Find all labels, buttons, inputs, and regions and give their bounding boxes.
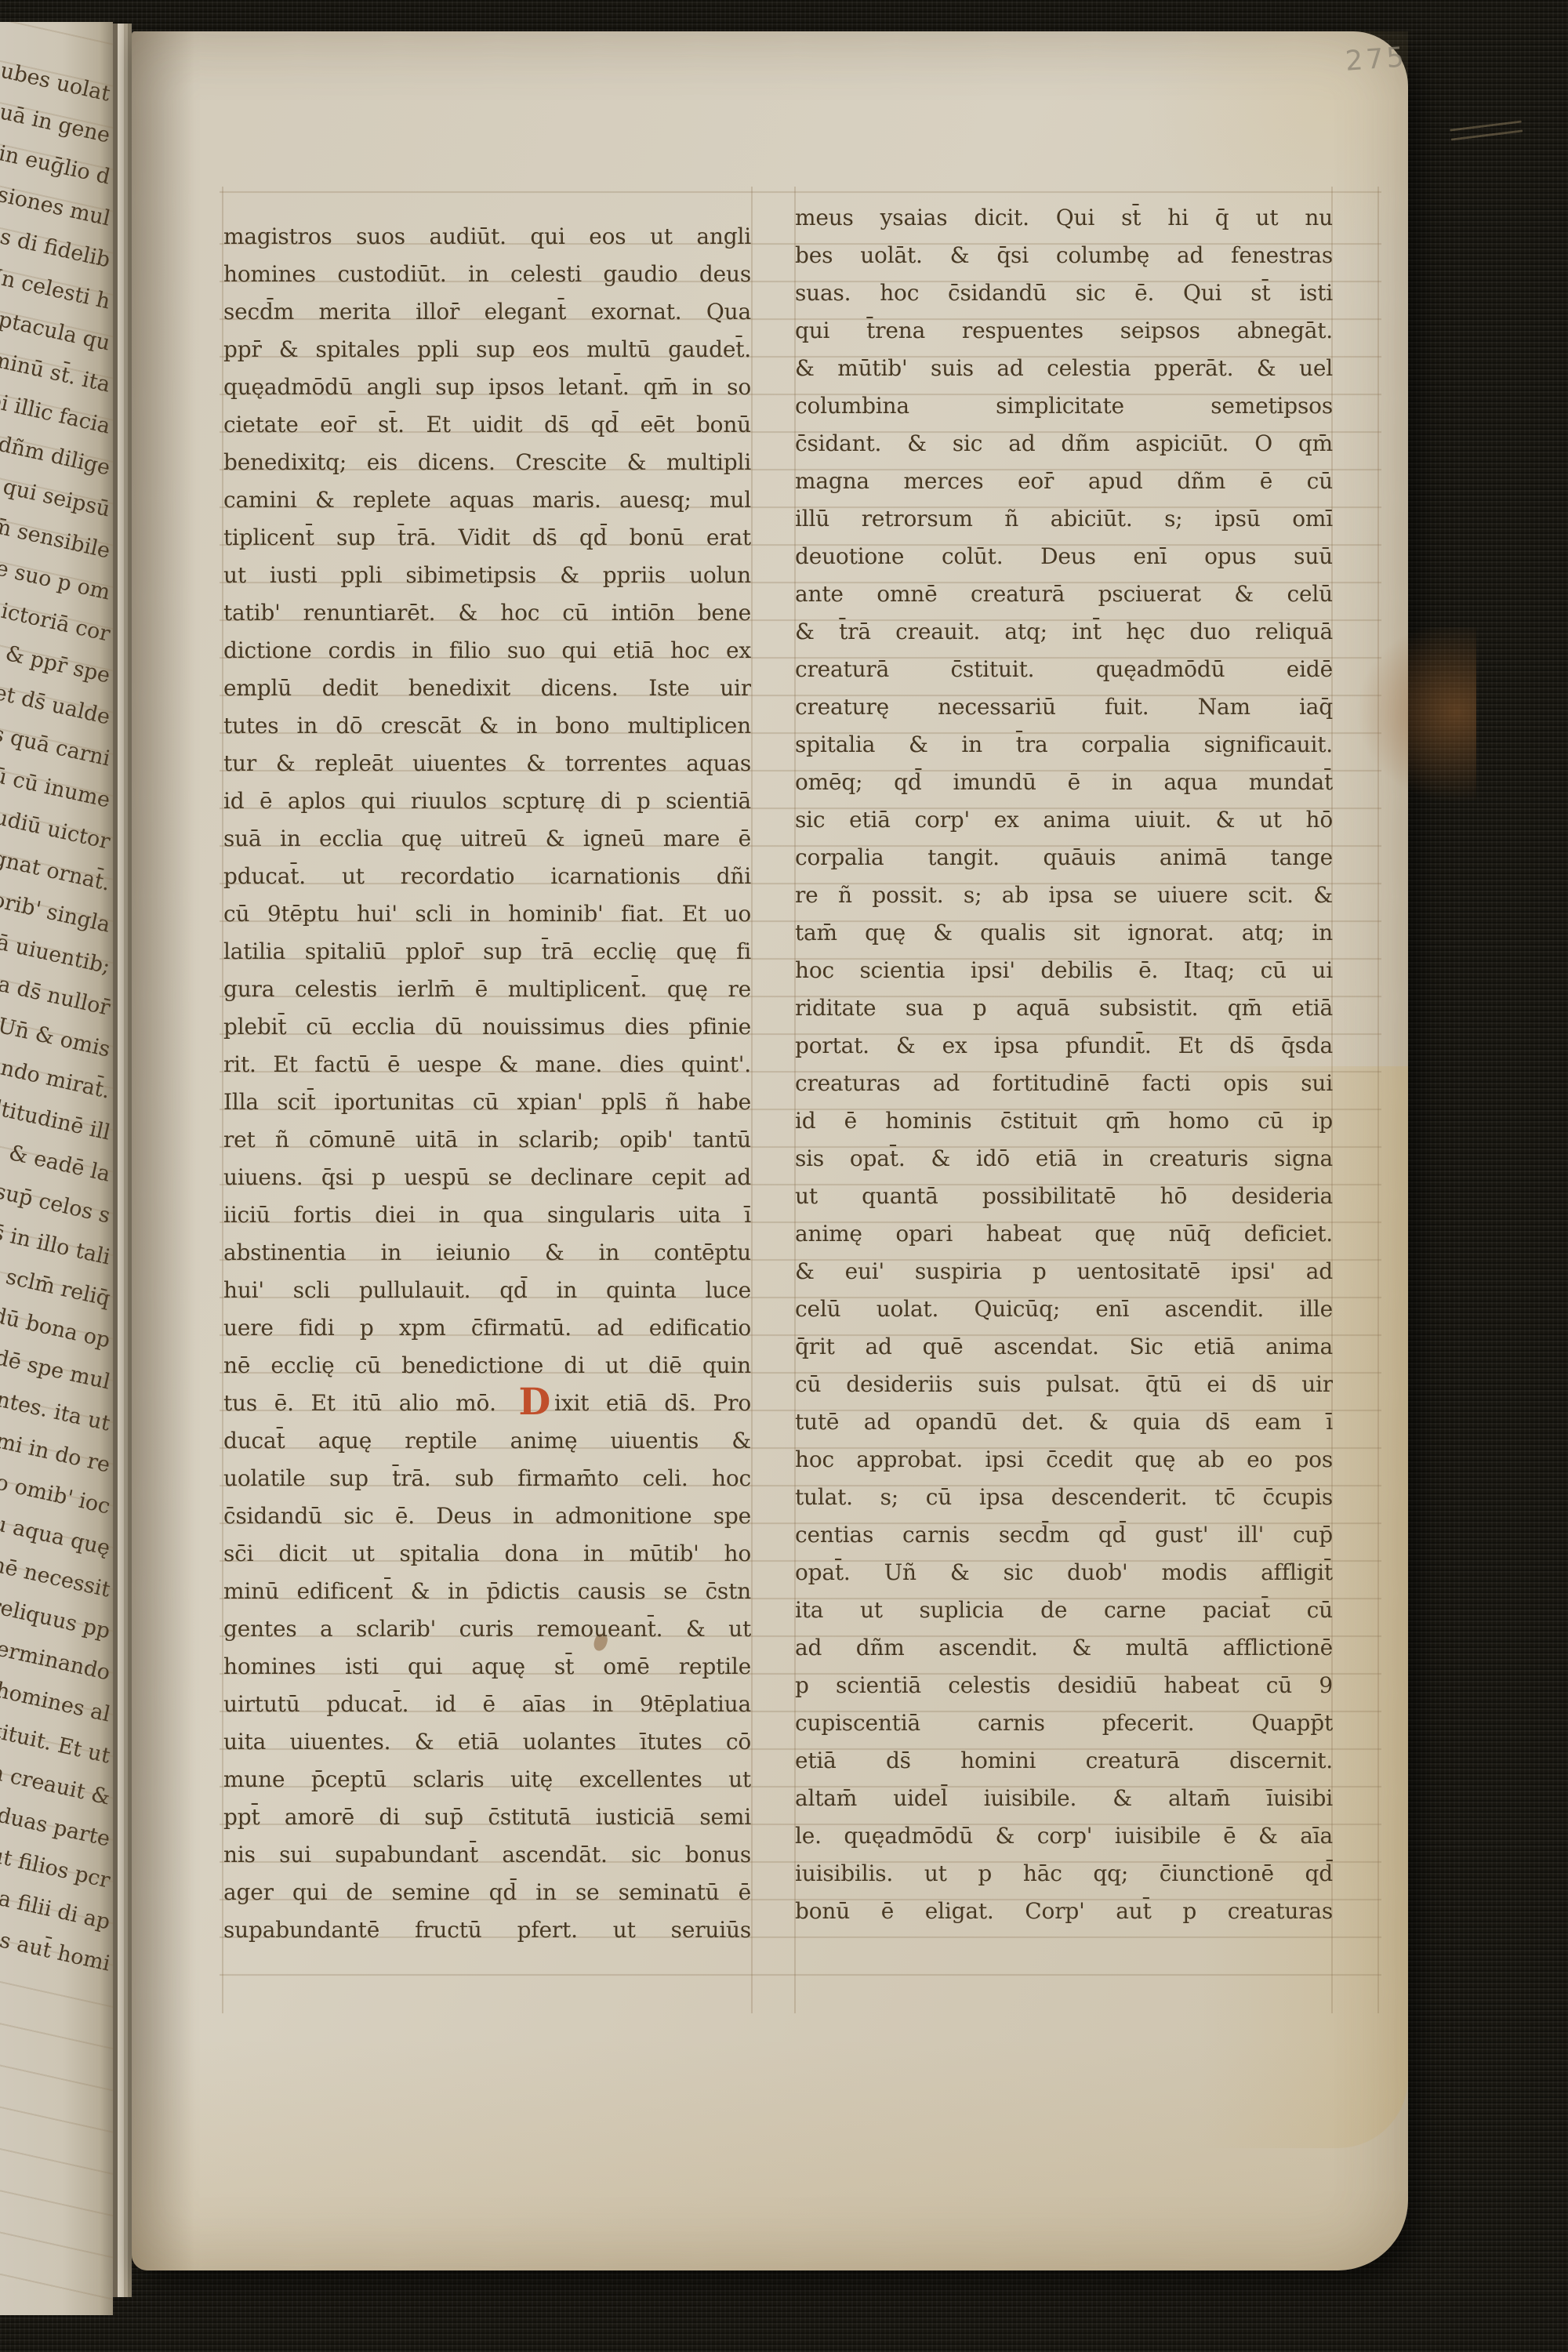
stain-bottom-band (132, 2038, 1408, 2270)
text-line: hui' scli pullulauit. qd̄ in quinta luce (223, 1272, 751, 1309)
text-line: benedixitq; eis dicens. Crescite & multi… (223, 444, 751, 481)
text-line: quęadmōdū angli sup ipsos letant̄. qm̄ i… (223, 368, 751, 406)
text-line: celū uolat. Quicūq; enī ascendit. ille (795, 1290, 1333, 1328)
text-line: columbina simplicitate semetipsos (795, 387, 1333, 425)
text-line: cupiscentiā carnis pfecerit. Quapp̄t (795, 1704, 1333, 1742)
text-line: deuotione colūt. Deus enī opus suū (795, 538, 1333, 575)
text-line: ducat̄ aquę reptile animę uiuentis & (223, 1422, 751, 1460)
text-line: altam̄ uidel̄ iuisibile. & altam̄ īuisib… (795, 1780, 1333, 1817)
manuscript-photo: ę q̄si nubes uolatlitatē suā in geneus m… (0, 0, 1568, 2352)
text-line: id ē hominis c̄stituit qm̄ homo cū ip (795, 1102, 1333, 1140)
text-line: omēq; qd̄ imundū ē in aqua mundat̄ (795, 764, 1333, 801)
text-line: qui t̄rena respuentes seipsos abnegāt. (795, 312, 1333, 350)
previous-page-sliver: ę q̄si nubes uolatlitatē suā in geneus m… (0, 22, 113, 2315)
text-line: gura celestis ierlm̄ ē multiplicent̄. qu… (223, 971, 751, 1008)
text-line: rit. Et factū ē uespe & mane. dies quint… (223, 1046, 751, 1083)
text-line: uolatile sup t̄rā. sub firmam̄to celi. h… (223, 1460, 751, 1497)
text-line: portat. & ex ipsa pfundit̄. Et ds̄ q̄sda (795, 1027, 1333, 1065)
cloth-thread-mark (1449, 114, 1524, 151)
text-line: camini & replete aquas maris. auesq; mul (223, 481, 751, 519)
text-line: etiā ds̄ homini creaturā discernit. (795, 1742, 1333, 1780)
text-line: homines isti qui aquę st̄ omē reptile (223, 1648, 751, 1686)
text-line: uirtutū pducat̄. id ē aīas in 9tēplatiua (223, 1686, 751, 1723)
text-line: creaturę necessariū fuit. Nam iaq̄ (795, 688, 1333, 726)
text-line: c̄sidandū sic ē. Deus in admonitione spe (223, 1497, 751, 1535)
text-line: gentes a sclarib' curis remoueant̄. & ut (223, 1610, 751, 1648)
text-line: hoc scientia ipsi' debilis ē. Itaq; cū u… (795, 952, 1333, 989)
manuscript-page: 275 magistros suos audiūt. qui eos ut an… (132, 31, 1408, 2270)
text-line: ager qui de semine qd̄ in se seminatū ē (223, 1874, 751, 1911)
text-line: riditate sua p aquā subsistit. qm̄ etiā (795, 989, 1333, 1027)
text-line: minū edificent̄ & in p̄dictis causis se … (223, 1573, 751, 1610)
text-line: sc̄i dicit ut spitalia dona in mūtib' ho (223, 1535, 751, 1573)
text-line: secd̄m merita illor̄ elegant̄ exornat. Q… (223, 293, 751, 331)
text-column-right: meus ysaias dicit. Qui st̄ hi q̄ ut nube… (795, 199, 1333, 1930)
text-line: ad dñm ascendit. & multā afflictionē (795, 1629, 1333, 1667)
text-line: tus ē. Et itū alio mō. Dixit etiā ds̄. P… (223, 1385, 751, 1422)
rubric-initial: D (518, 1385, 550, 1422)
text-line: magistros suos audiūt. qui eos ut angli (223, 218, 751, 256)
text-line: bonū ē eligat. Corp' aut̄ p creaturas (795, 1893, 1333, 1930)
text-line: cietate eor̄ st̄. Et uidit ds̄ qd̄ eēt b… (223, 406, 751, 444)
text-line: uiuens. q̄si p uespū se declinare cepit … (223, 1159, 751, 1196)
text-line: opat̄. Uñ & sic duob' modis affligit̄ (795, 1554, 1333, 1592)
ruling-vline-margin (1377, 187, 1379, 2013)
text-line: latilia spitaliū pplor̄ sup t̄rā ecclię … (223, 933, 751, 971)
text-line: ut quantā possibilitatē hō desideria (795, 1178, 1333, 1215)
text-line: hoc approbat. ipsi c̄cedit quę ab eo pos (795, 1441, 1333, 1479)
text-line: cū 9tēptu hui' scli in hominib' fiat. Et… (223, 895, 751, 933)
text-line: Illa scit̄ iportunitas cū xpian' ppls̄ ñ… (223, 1083, 751, 1121)
gutter-shadow (132, 31, 194, 2270)
text-line: cū desideriis suis pulsat. q̄tū ei ds̄ u… (795, 1366, 1333, 1403)
ruling-vline-col1-right (751, 187, 753, 2013)
text-line: & t̄rā creauit. atq; int̄ hęc duo reliqu… (795, 613, 1333, 651)
text-line: uere fidi p xpm c̄firmatū. ad edificatio (223, 1309, 751, 1347)
text-line: iiciū fortis diei in qua singularis uita… (223, 1196, 751, 1234)
text-line: dictione cordis in filio suo qui etiā ho… (223, 632, 751, 670)
text-line: magna merces eor̄ apud dñm ē cū (795, 463, 1333, 500)
text-line: corpalia tangit. quāuis animā tange (795, 839, 1333, 877)
text-line: tam̄ quę & qualis sit ignorat. atq; in (795, 914, 1333, 952)
text-line: tatib' renuntiarēt. & hoc cū intiōn bene (223, 594, 751, 632)
text-line: iuisibilis. ut p hāc qq; c̄iunctionē qd̄ (795, 1855, 1333, 1893)
text-line: plebit̄ cū ecclia dū nouissimus dies pfi… (223, 1008, 751, 1046)
text-column-left: magistros suos audiūt. qui eos ut anglih… (223, 218, 751, 1949)
text-line: ut iusti ppli sibimetipsis & ppriis uolu… (223, 557, 751, 594)
text-line: emplū dedit benedixit dicens. Iste uir (223, 670, 751, 707)
text-line: re ñ possit. s; ab ipsa se uiuere scit. … (795, 877, 1333, 914)
text-line: centias carnis secd̄m qd̄ gust' ill' cup… (795, 1516, 1333, 1554)
text-line: sis opat̄. & idō etiā in creaturis signa (795, 1140, 1333, 1178)
text-line: suas. hoc c̄sidandū sic ē. Qui st̄ isti (795, 274, 1333, 312)
text-line: creaturas ad fortitudinē facti opis sui (795, 1065, 1333, 1102)
text-line: spitalia & in t̄ra corpalia significauit… (795, 726, 1333, 764)
text-line: tutē ad opandū det. & quia ds̄ eam ī (795, 1403, 1333, 1441)
text-line: & mūtib' suis ad celestia pperāt. & uel (795, 350, 1333, 387)
text-line: id ē aplos qui riuulos scpturę di p scie… (223, 782, 751, 820)
text-line: tutes in dō crescāt & in bono multiplice… (223, 707, 751, 745)
text-line: ita ut suplicia de carne paciat̄ cū (795, 1592, 1333, 1629)
text-line: uita uiuentes. & etiā uolantes ītutes cō (223, 1723, 751, 1761)
text-line: supabundantē fructū pfert. ut seruiūs (223, 1911, 751, 1949)
page-fore-edges (113, 24, 132, 2297)
text-line: tiplicent̄ sup t̄rā. Vidit ds̄ qd̄ bonū … (223, 519, 751, 557)
text-line: q̄rit ad quē ascendat. Sic etiā anima (795, 1328, 1333, 1366)
text-line: tur & repleāt uiuentes & torrentes aquas (223, 745, 751, 782)
text-line: meus ysaias dicit. Qui st̄ hi q̄ ut nu (795, 199, 1333, 237)
folio-number: 275 (1345, 42, 1408, 77)
text-line: animę opari habeat quę nūq̄ deficiet. (795, 1215, 1333, 1253)
text-line: le. quęadmōdū & corp' iuisibile ē & aīa (795, 1817, 1333, 1855)
text-line: & eui' suspiria p uentositatē ipsi' ad (795, 1253, 1333, 1290)
text-line: c̄sidant. & sic ad dñm aspiciūt. O qm̄ (795, 425, 1333, 463)
text-line: illū retrorsum ñ abiciūt. s; ipsū omī (795, 500, 1333, 538)
text-line: ppt̄ amorē di sup̄ c̄stitutā iusticiā se… (223, 1798, 751, 1836)
page-edge-strip (118, 24, 124, 2297)
text-line: ppr̄ & spitales ppli sup eos multū gaude… (223, 331, 751, 368)
text-line: nē ecclię cū benedictione di ut diē quin (223, 1347, 751, 1385)
text-line: ret ñ cōmunē uitā in sclarib; opib' tant… (223, 1121, 751, 1159)
text-line: homines custodiūt. in celesti gaudio deu… (223, 256, 751, 293)
text-line: nis sui supabundant̄ ascendāt. sic bonus (223, 1836, 751, 1874)
text-line: suā in ecclia quę uitreū & igneū mare ē (223, 820, 751, 858)
text-line: abstinentia in ieiunio & in contēptu (223, 1234, 751, 1272)
text-line: bes uolāt. & q̄si columbę ad fenestras (795, 237, 1333, 274)
text-line: sic etiā corp' ex anima uiuit. & ut hō (795, 801, 1333, 839)
text-line: tulat. s; cū ipsa descenderit. tc̄ c̄cup… (795, 1479, 1333, 1516)
text-line: pducat̄. ut recordatio icarnationis dñi (223, 858, 751, 895)
text-line: creaturā c̄stituit. quęadmōdū eidē (795, 651, 1333, 688)
text-line: ante omnē creaturā psciuerat & celū (795, 575, 1333, 613)
text-line: p scientiā celestis desidiū habeat cū 9 (795, 1667, 1333, 1704)
text-line: mune p̄ceptū sclaris uitę excellentes ut (223, 1761, 751, 1798)
previous-page-text: ę q̄si nubes uolatlitatē suā in geneus m… (0, 74, 110, 1985)
